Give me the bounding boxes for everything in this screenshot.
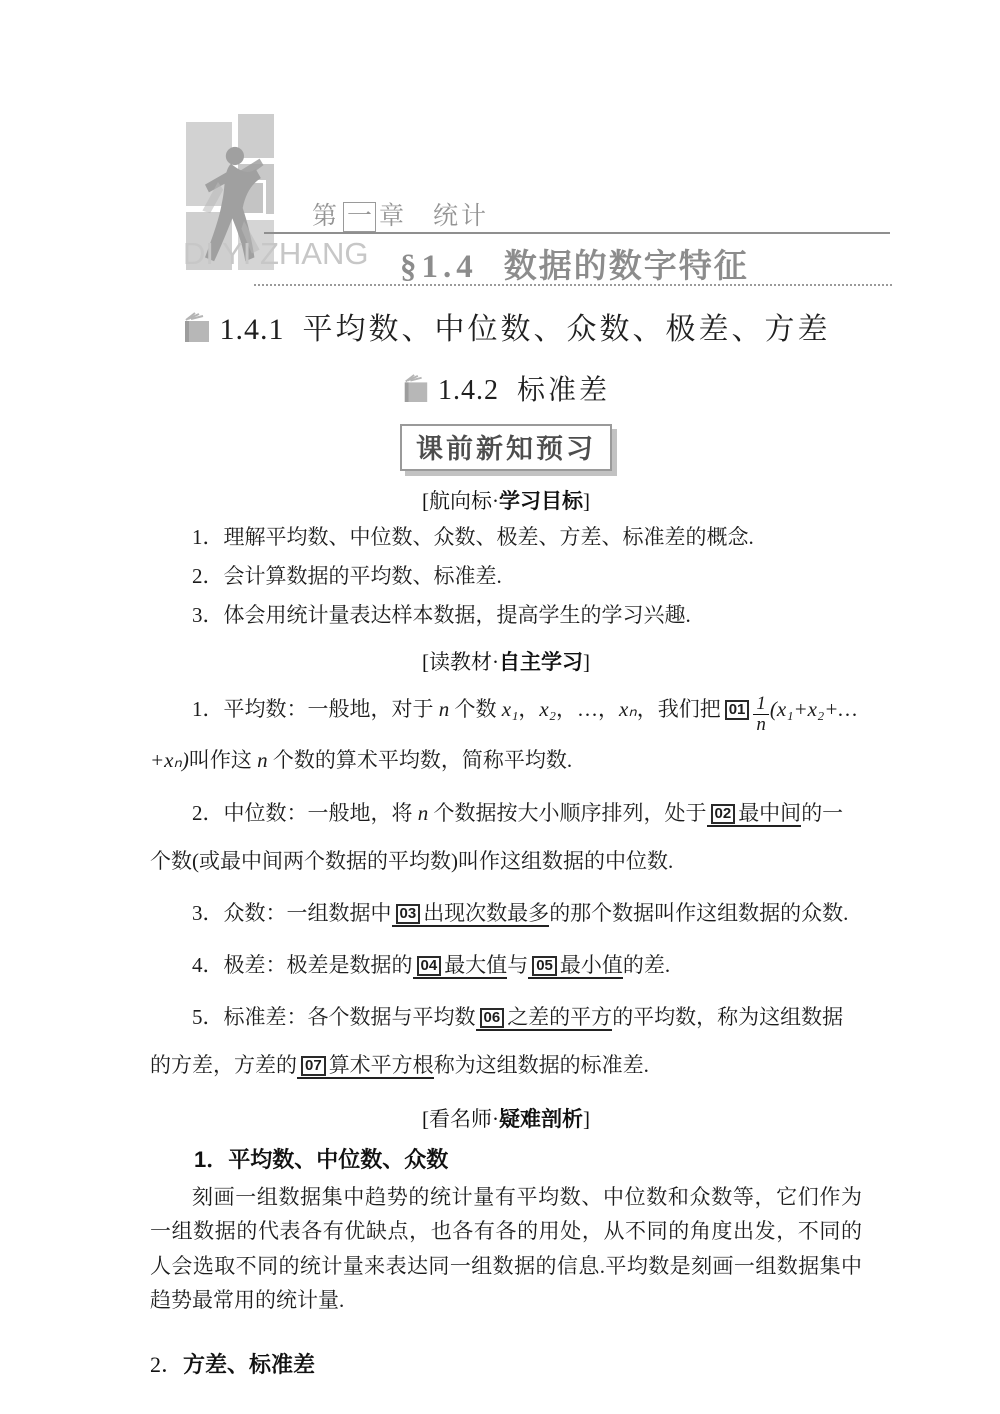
- math-var: xₙ: [619, 697, 637, 721]
- goal-item: 1．理解平均数、中位数、众数、极差、方差、标准差的概念.: [150, 521, 862, 554]
- answer-blank: 06之差的平方: [476, 1005, 613, 1031]
- answer-blank: 02最中间: [707, 801, 802, 827]
- analysis-label-post: ]: [583, 1107, 590, 1131]
- chapter-number-boxed: 一: [343, 202, 376, 232]
- answer-box-01: 01: [725, 700, 750, 720]
- math-var: n: [439, 697, 450, 721]
- goals-label-bold: 学习目标: [499, 490, 583, 513]
- def-text: 与: [507, 953, 528, 977]
- answer-text: 最小值: [560, 953, 623, 977]
- def-text: 1．平均数：一般地，对于: [192, 697, 439, 721]
- analysis-heading-1: 1．平均数、中位数、众数: [150, 1143, 862, 1174]
- answer-text: 最中间: [738, 801, 801, 825]
- def-text: 个数的算术平均数，简称平均数.: [268, 748, 573, 772]
- def-text: 叫作这: [189, 748, 257, 772]
- header-rule: [264, 232, 890, 234]
- read-label-post: ]: [583, 650, 590, 674]
- section-number: §1.4: [400, 249, 478, 285]
- chapter-pinyin: DI YI ZHANG: [183, 236, 368, 272]
- definition-median: 2．中位数：一般地，将 n 个数据按大小顺序排列，处于02最中间的一个数(或最中…: [150, 789, 862, 885]
- def-text: 的差.: [623, 953, 670, 977]
- subsection-title: 标准差: [517, 375, 610, 406]
- preview-banner: 课前新知预习: [400, 424, 612, 471]
- textbook-page: 第一章统计 DI YI ZHANG §1.4数据的数字特征 1.4.1平均数、中…: [0, 0, 1000, 1414]
- analysis-paragraph: 刻画一组数据集中趋势的统计量有平均数、中位数和众数等，它们作为一组数据的代表各有…: [150, 1180, 862, 1318]
- section-heading: §1.4数据的数字特征: [400, 240, 749, 287]
- def-text: ，我们把: [637, 697, 721, 721]
- def-text: 3．众数：一组数据中: [192, 901, 392, 925]
- def-text: 5．标准差：各个数据与平均数: [192, 1005, 476, 1029]
- math-var: n: [257, 748, 268, 772]
- answer-box-05: 05: [532, 956, 557, 976]
- read-label: [读教材·自主学习]: [150, 646, 862, 676]
- math-var: x₁: [502, 697, 519, 721]
- chapter-title-line: 第一章统计: [312, 196, 489, 232]
- definition-mode: 3．众数：一组数据中03出现次数最多的那个数据叫作这组数据的众数.: [150, 889, 862, 937]
- math-var: n: [418, 801, 429, 825]
- book-icon: [182, 311, 212, 343]
- analysis-label-pre: [看名师·: [422, 1107, 499, 1131]
- subsection-number: 1.4.2: [438, 375, 499, 406]
- read-label-pre: [读教材·: [422, 650, 499, 674]
- answer-text: 出现次数最多: [423, 901, 549, 925]
- fraction-1-over-n: 1n: [753, 694, 769, 735]
- chapter-post: 章: [379, 203, 407, 230]
- goal-item: 3．体会用统计量表达样本数据，提高学生的学习兴趣.: [150, 599, 862, 632]
- chapter-pre: 第: [312, 203, 340, 230]
- subsection-title: 平均数、中位数、众数、极差、方差: [303, 313, 831, 346]
- math-var: x₂: [539, 697, 556, 721]
- definition-range: 4．极差：极差是数据的04最大值与05最小值的差.: [150, 941, 862, 989]
- book-icon: [402, 373, 430, 403]
- answer-blank: 05最小值: [528, 953, 623, 979]
- answer-blank: 07算术平方根: [297, 1053, 434, 1079]
- chapter-header: 第一章统计 DI YI ZHANG §1.4数据的数字特征: [0, 110, 1000, 295]
- def-text: 2．中位数：一般地，将: [192, 801, 418, 825]
- def-text: 4．极差：极差是数据的: [192, 953, 413, 977]
- answer-blank: 04最大值: [413, 953, 508, 979]
- analysis-label-bold: 疑难剖析: [499, 1108, 583, 1131]
- answer-blank: 03出现次数最多: [392, 901, 550, 927]
- definition-stddev: 5．标准差：各个数据与平均数06之差的平方的平均数，称为这组数据的方差，方差的0…: [150, 993, 862, 1089]
- analysis-heading-2: 2．方差、标准差: [150, 1348, 862, 1379]
- goal-item: 2．会计算数据的平均数、标准差.: [150, 560, 862, 593]
- def-text: 个数据按大小顺序排列，处于: [428, 801, 706, 825]
- answer-box-04: 04: [417, 956, 442, 976]
- answer-box-03: 03: [396, 904, 421, 924]
- answer-text: 最大值: [444, 953, 507, 977]
- section-title: 数据的数字特征: [504, 249, 749, 285]
- goals-label-pre: [航向标·: [422, 489, 499, 513]
- subsection-heading-141: 1.4.1平均数、中位数、众数、极差、方差: [150, 304, 862, 348]
- analysis-heading-2-text: 方差、标准差: [183, 1352, 315, 1377]
- subsection-number: 1.4.1: [220, 313, 285, 346]
- answer-box-06: 06: [480, 1008, 505, 1028]
- goals-label: [航向标·学习目标]: [150, 485, 862, 515]
- answer-text: 算术平方根: [329, 1053, 434, 1077]
- fraction-denominator: n: [753, 715, 769, 735]
- def-text: 个数: [449, 697, 502, 721]
- def-text: 的那个数据叫作这组数据的众数.: [549, 901, 848, 925]
- analysis-label: [看名师·疑难剖析]: [150, 1103, 862, 1133]
- preview-banner-wrap: 课前新知预习: [150, 424, 862, 471]
- fraction-numerator: 1: [753, 694, 769, 715]
- answer-box-02: 02: [711, 804, 736, 824]
- dotted-divider: [254, 284, 892, 286]
- analysis-heading-2-number: 2．: [150, 1352, 183, 1377]
- read-label-bold: 自主学习: [499, 651, 583, 674]
- page-content: 1.4.1平均数、中位数、众数、极差、方差 1.4.2标准差 课前新知预习 [航…: [150, 294, 862, 1379]
- definition-mean: 1．平均数：一般地，对于 n 个数 x₁，x₂，…，xₙ，我们把011n(x₁+…: [150, 684, 862, 785]
- subsection-heading-142: 1.4.2标准差: [150, 368, 862, 408]
- def-text: ，…，: [556, 697, 619, 721]
- def-text: 称为这组数据的标准差.: [434, 1053, 649, 1077]
- def-text: ，: [518, 697, 539, 721]
- answer-text: 之差的平方: [507, 1005, 612, 1029]
- chapter-course-title: 统计: [433, 203, 489, 230]
- goals-label-post: ]: [583, 489, 590, 513]
- answer-box-07: 07: [301, 1056, 326, 1076]
